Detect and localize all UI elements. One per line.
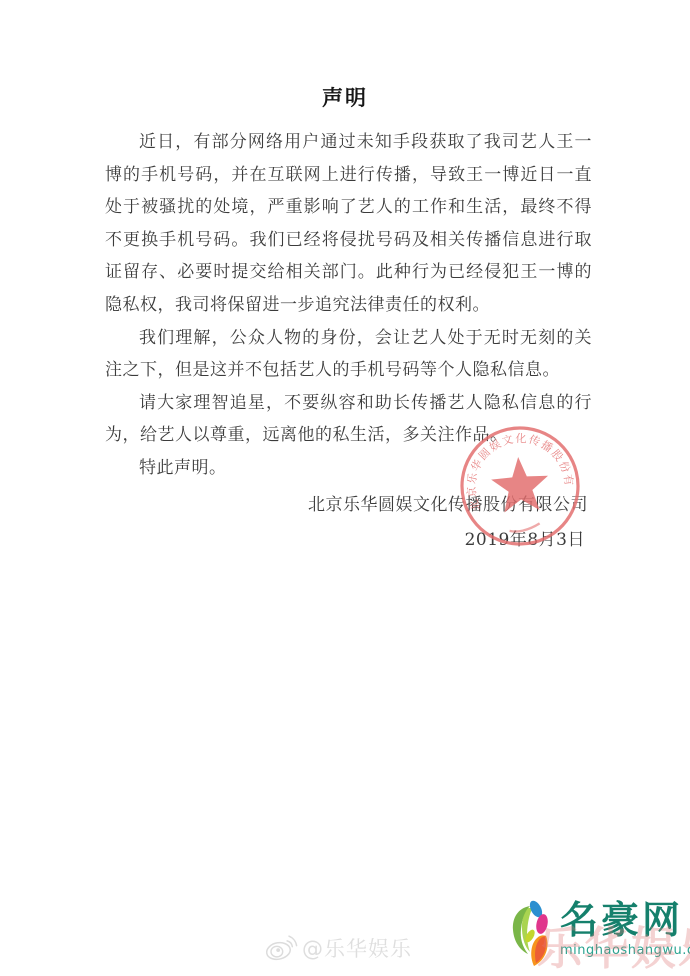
flower-face-icon: [508, 898, 558, 970]
statement-body: 近日，有部分网络用户通过未知手段获取了我司艺人王一博的手机号码，并在互联网上进行…: [105, 126, 592, 485]
weibo-watermark: @乐华娱乐: [264, 933, 412, 963]
site-logo: 名豪网 minghaoshangwu.com: [508, 898, 688, 972]
site-url: minghaoshangwu.com: [560, 943, 690, 958]
weibo-icon: [264, 933, 298, 963]
site-logo-text: 名豪网 minghaoshangwu.com: [560, 898, 690, 958]
statement-paragraph-3: 请大家理智追星，不要纵容和助长传播艺人隐私信息的行为，给艺人以尊重，远离他的私生…: [105, 387, 592, 452]
page-title: 声明: [0, 82, 690, 112]
weibo-handle-text: @乐华娱乐: [302, 933, 412, 963]
site-name: 名豪网: [560, 898, 683, 942]
statement-page: 声明 近日，有部分网络用户通过未知手段获取了我司艺人王一博的手机号码，并在互联网…: [0, 0, 690, 976]
statement-date: 2019年8月3日: [465, 525, 585, 550]
statement-paragraph-2: 我们理解，公众人物的身份，会让艺人处于无时无刻的关注之下，但是这并不包括艺人的手…: [105, 322, 592, 387]
statement-paragraph-1: 近日，有部分网络用户通过未知手段获取了我司艺人王一博的手机号码，并在互联网上进行…: [105, 126, 592, 322]
statement-closing: 特此声明。: [105, 452, 592, 485]
company-signature: 北京乐华圆娱文化传播股份有限公司: [308, 490, 588, 515]
